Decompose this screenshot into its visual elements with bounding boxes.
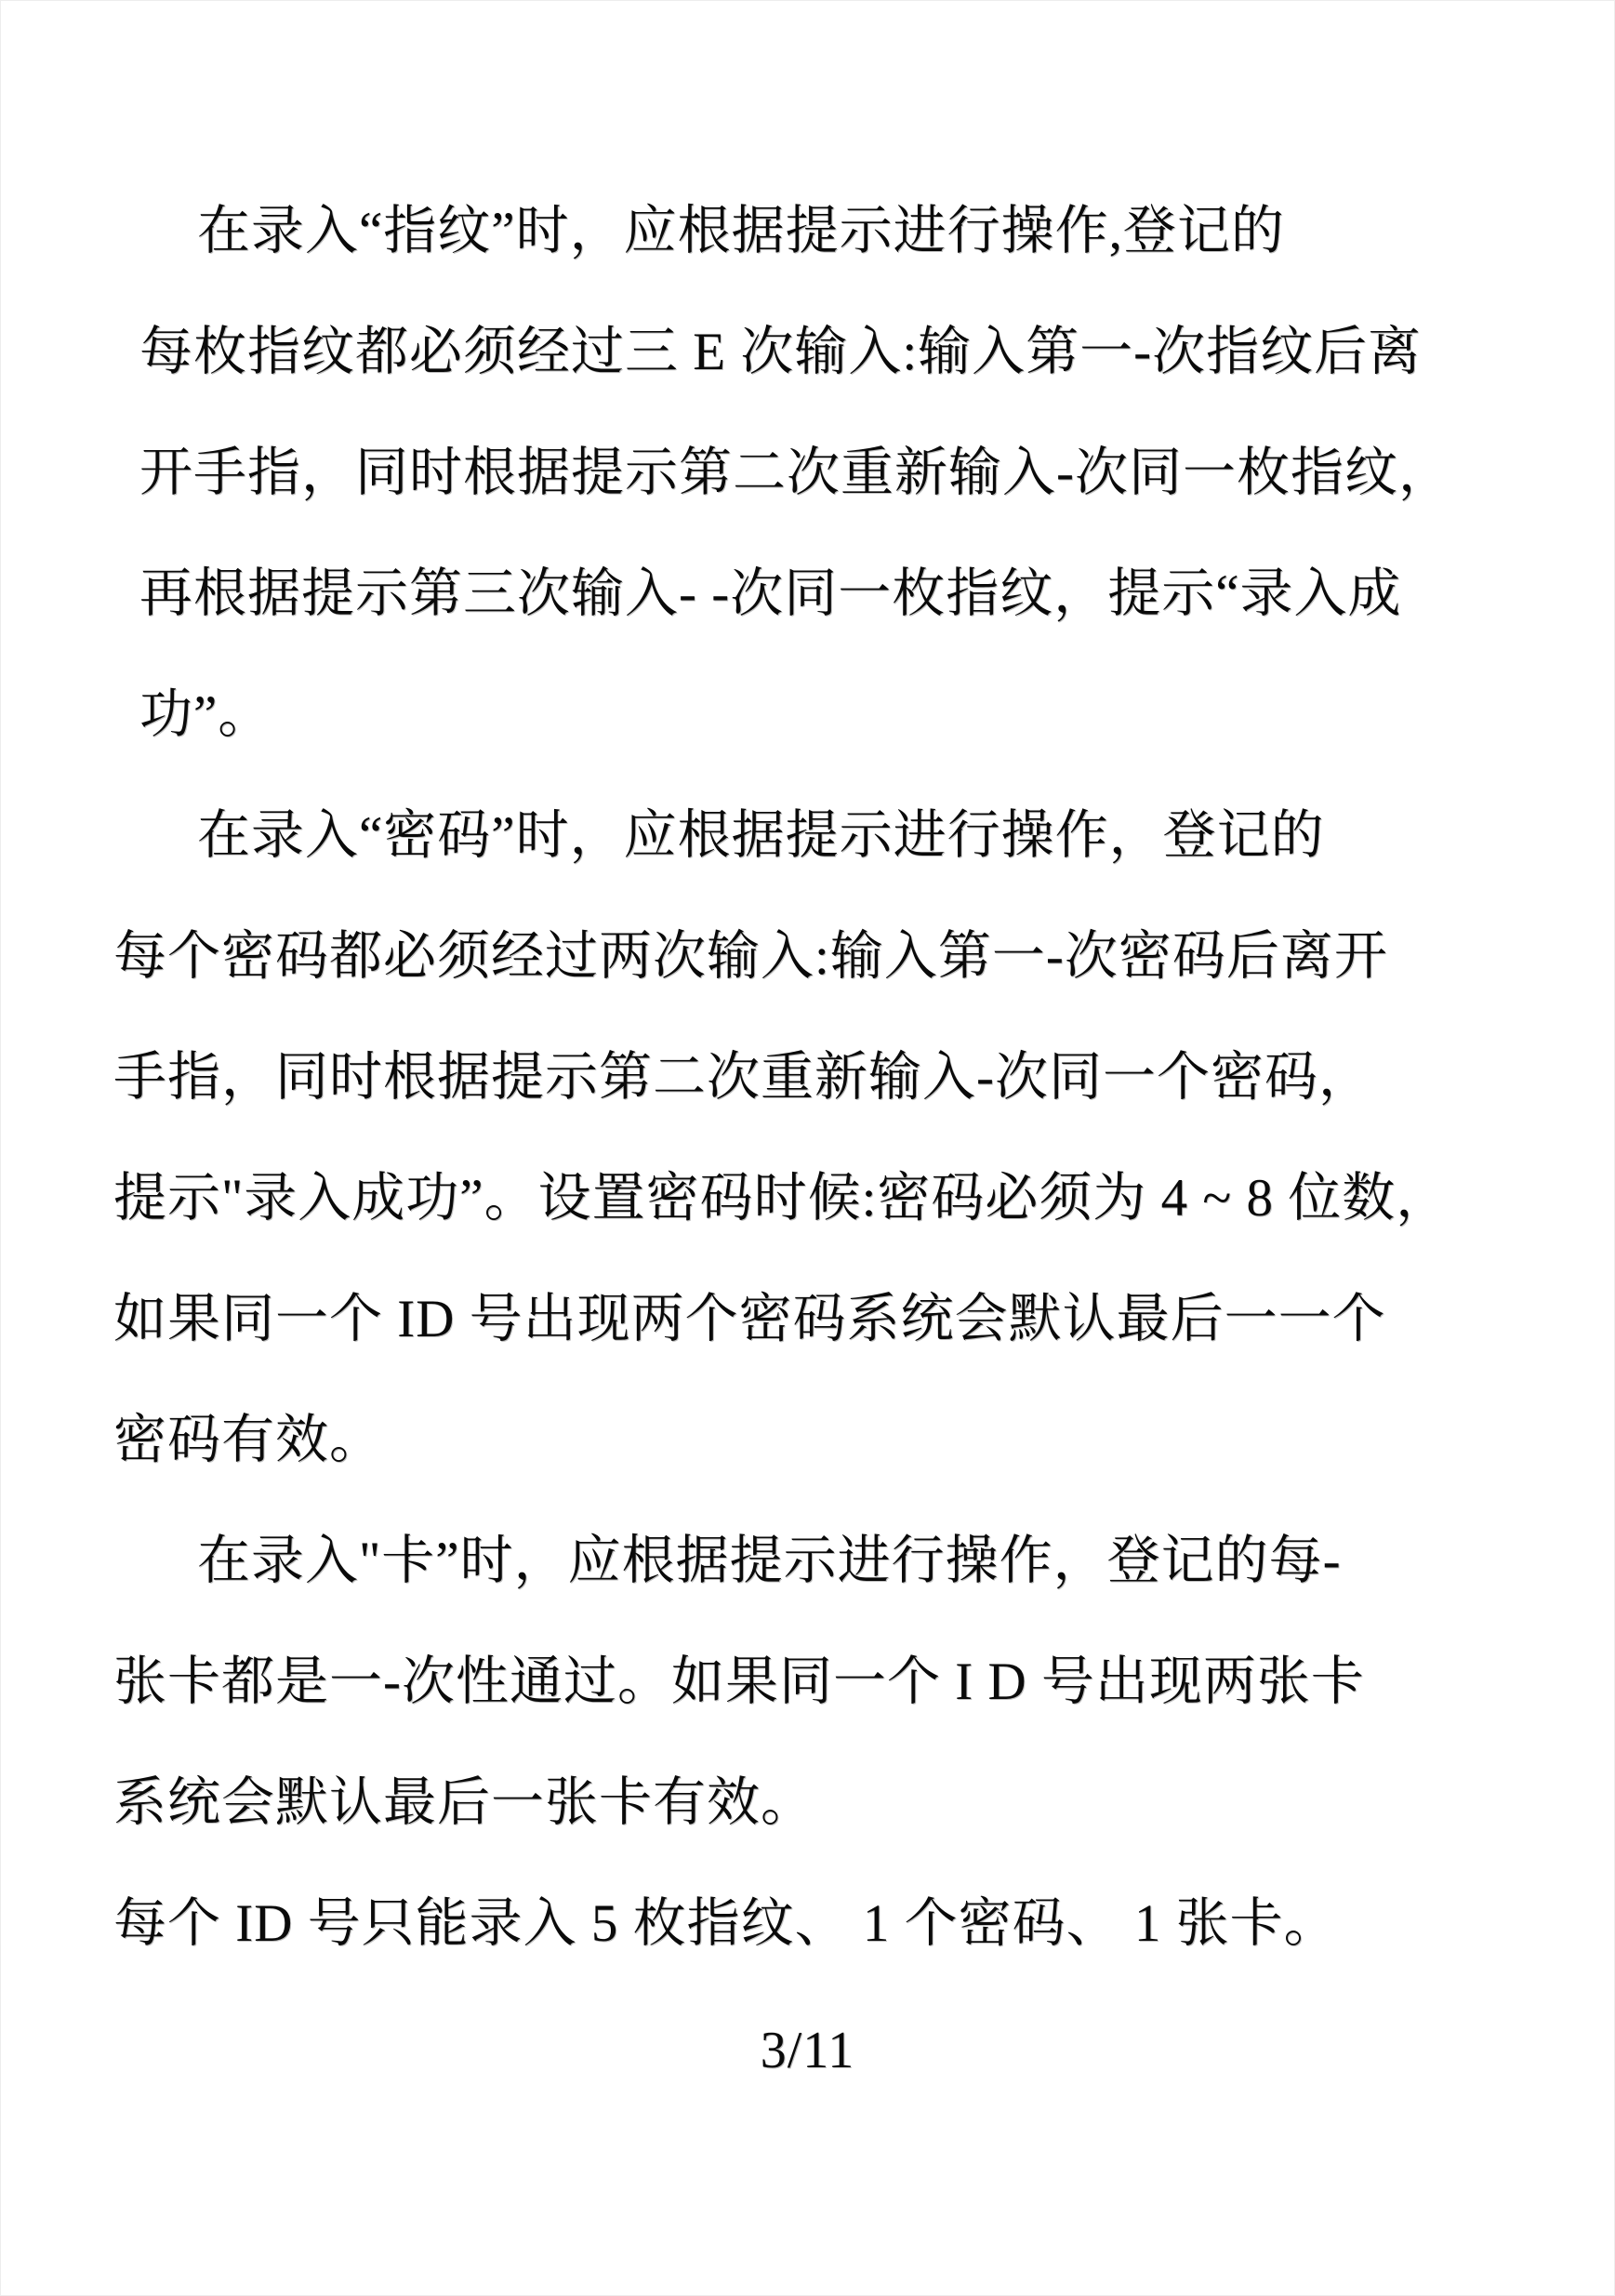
page-number: 3/11 bbox=[0, 1990, 1615, 2111]
paragraph-line: 如果同一个 ID 号出现两个密码系统会默认最后一一个 bbox=[113, 1259, 1522, 1380]
paragraph-line: 每枚指纹都必须经过三 E 次输入:输入第一-次指纹后离 bbox=[113, 292, 1522, 413]
paragraph-line: 系统会默认最后一张卡有效。 bbox=[113, 1743, 1522, 1864]
paragraph-line: 密码有效。 bbox=[113, 1380, 1522, 1501]
paragraph-line: 每个密码都必须经过两次输入:输入第一-次密码后离开 bbox=[113, 896, 1522, 1017]
paragraph-line: 在录入"卡”时，应根据提示进行操作，登记的每- bbox=[113, 1501, 1522, 1622]
paragraph-line: 提示"录入成功”。设置密码时候:密码必须为 4 ~ 8 位数， bbox=[113, 1138, 1522, 1259]
document-page: 在录入“指纹”时，应根据提示进行操作,登记的 每枚指纹都必须经过三 E 次输入:… bbox=[0, 0, 1615, 2296]
paragraph-line: 张卡都是一-次性通过。如果同一个 I D 号出现两张卡 bbox=[113, 1622, 1522, 1743]
paragraph-line: 手指，同时根据提示第二次重新输入-次同一个密码， bbox=[113, 1017, 1522, 1138]
paragraph-line: 每个 ID 号只能录入 5 枚指纹、 1 个密码、 1 张卡。 bbox=[113, 1864, 1522, 1984]
paragraph-line: 开手指，同时根据提示第二次重新输入-次同一枚指纹， bbox=[113, 413, 1522, 534]
paragraph-line: 功”。 bbox=[113, 655, 1522, 776]
paragraph-line: 在录入“密码”时，应根据提示进行操作，登记的 bbox=[113, 776, 1522, 896]
document-text-block: 在录入“指纹”时，应根据提示进行操作,登记的 每枚指纹都必须经过三 E 次输入:… bbox=[113, 171, 1522, 1984]
paragraph-line: 再根据提示第三次输入- -次同一枚指纹，提示“录入成 bbox=[113, 534, 1522, 655]
paragraph-line: 在录入“指纹”时，应根据提示进行操作,登记的 bbox=[113, 171, 1522, 292]
